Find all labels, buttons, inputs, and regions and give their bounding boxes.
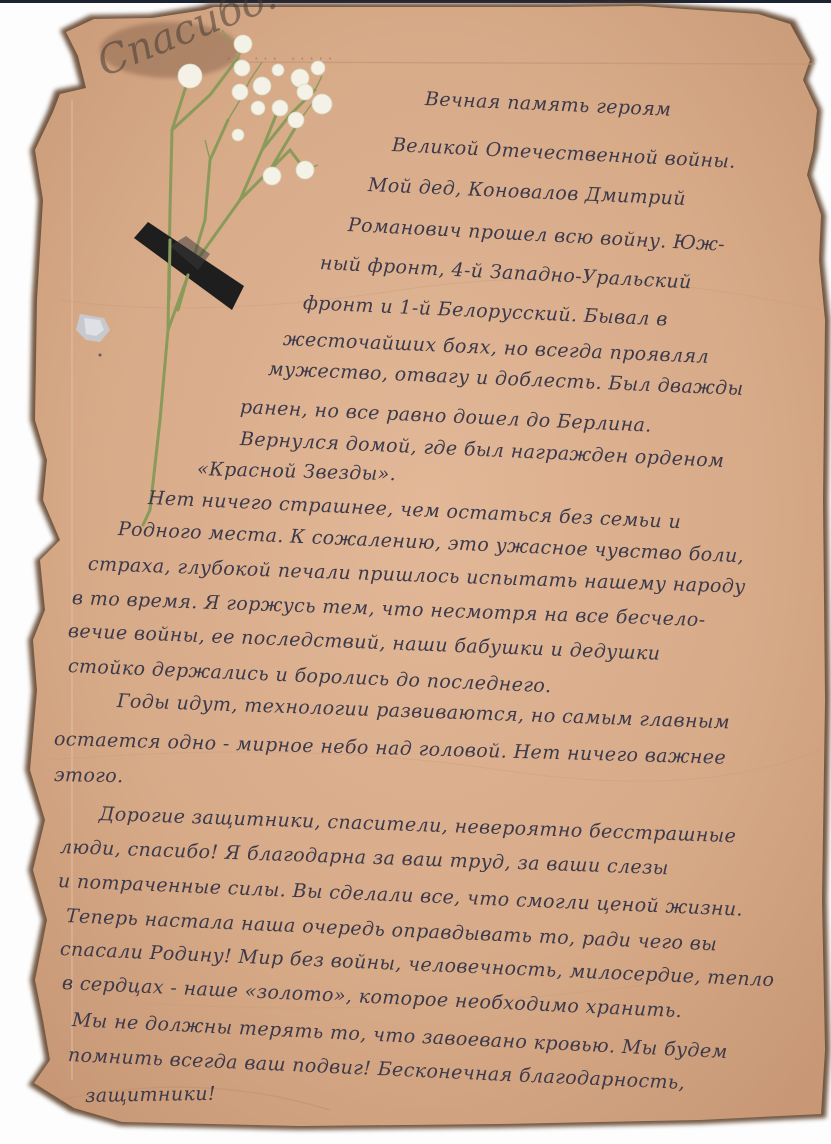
paragraph-4-line-9: защитники! xyxy=(85,1083,216,1107)
paragraph-3-line-1: Годы идут, технологии развиваются, но са… xyxy=(117,690,731,733)
paragraph-1-line-2: Романович прошел всю войну. Юж- xyxy=(347,214,725,256)
paragraph-1-line-1: Мой дед, Коновалов Дмитрий xyxy=(368,174,687,210)
paragraph-1-line-3: ный фронт, 4-й Западно-Уральский xyxy=(319,252,692,293)
letter-body: Вечная память героям Великой Отечественн… xyxy=(0,0,831,1144)
paragraph-1-line-4: фронт и 1-й Белорусский. Бывал в xyxy=(303,292,669,331)
paragraph-1-line-9: «Красной Звезды». xyxy=(197,458,397,485)
heading-line-1: Вечная память героям xyxy=(425,88,672,121)
paragraph-4-line-2: люди, спасибо! Я благодарна за ваш труд,… xyxy=(60,836,670,879)
heading-line-2: Великой Отечественной войны. xyxy=(391,134,736,173)
paragraph-3-line-2: остается одно - мирное небо над головой.… xyxy=(54,728,727,769)
paragraph-3-line-3: этого. xyxy=(54,764,124,787)
